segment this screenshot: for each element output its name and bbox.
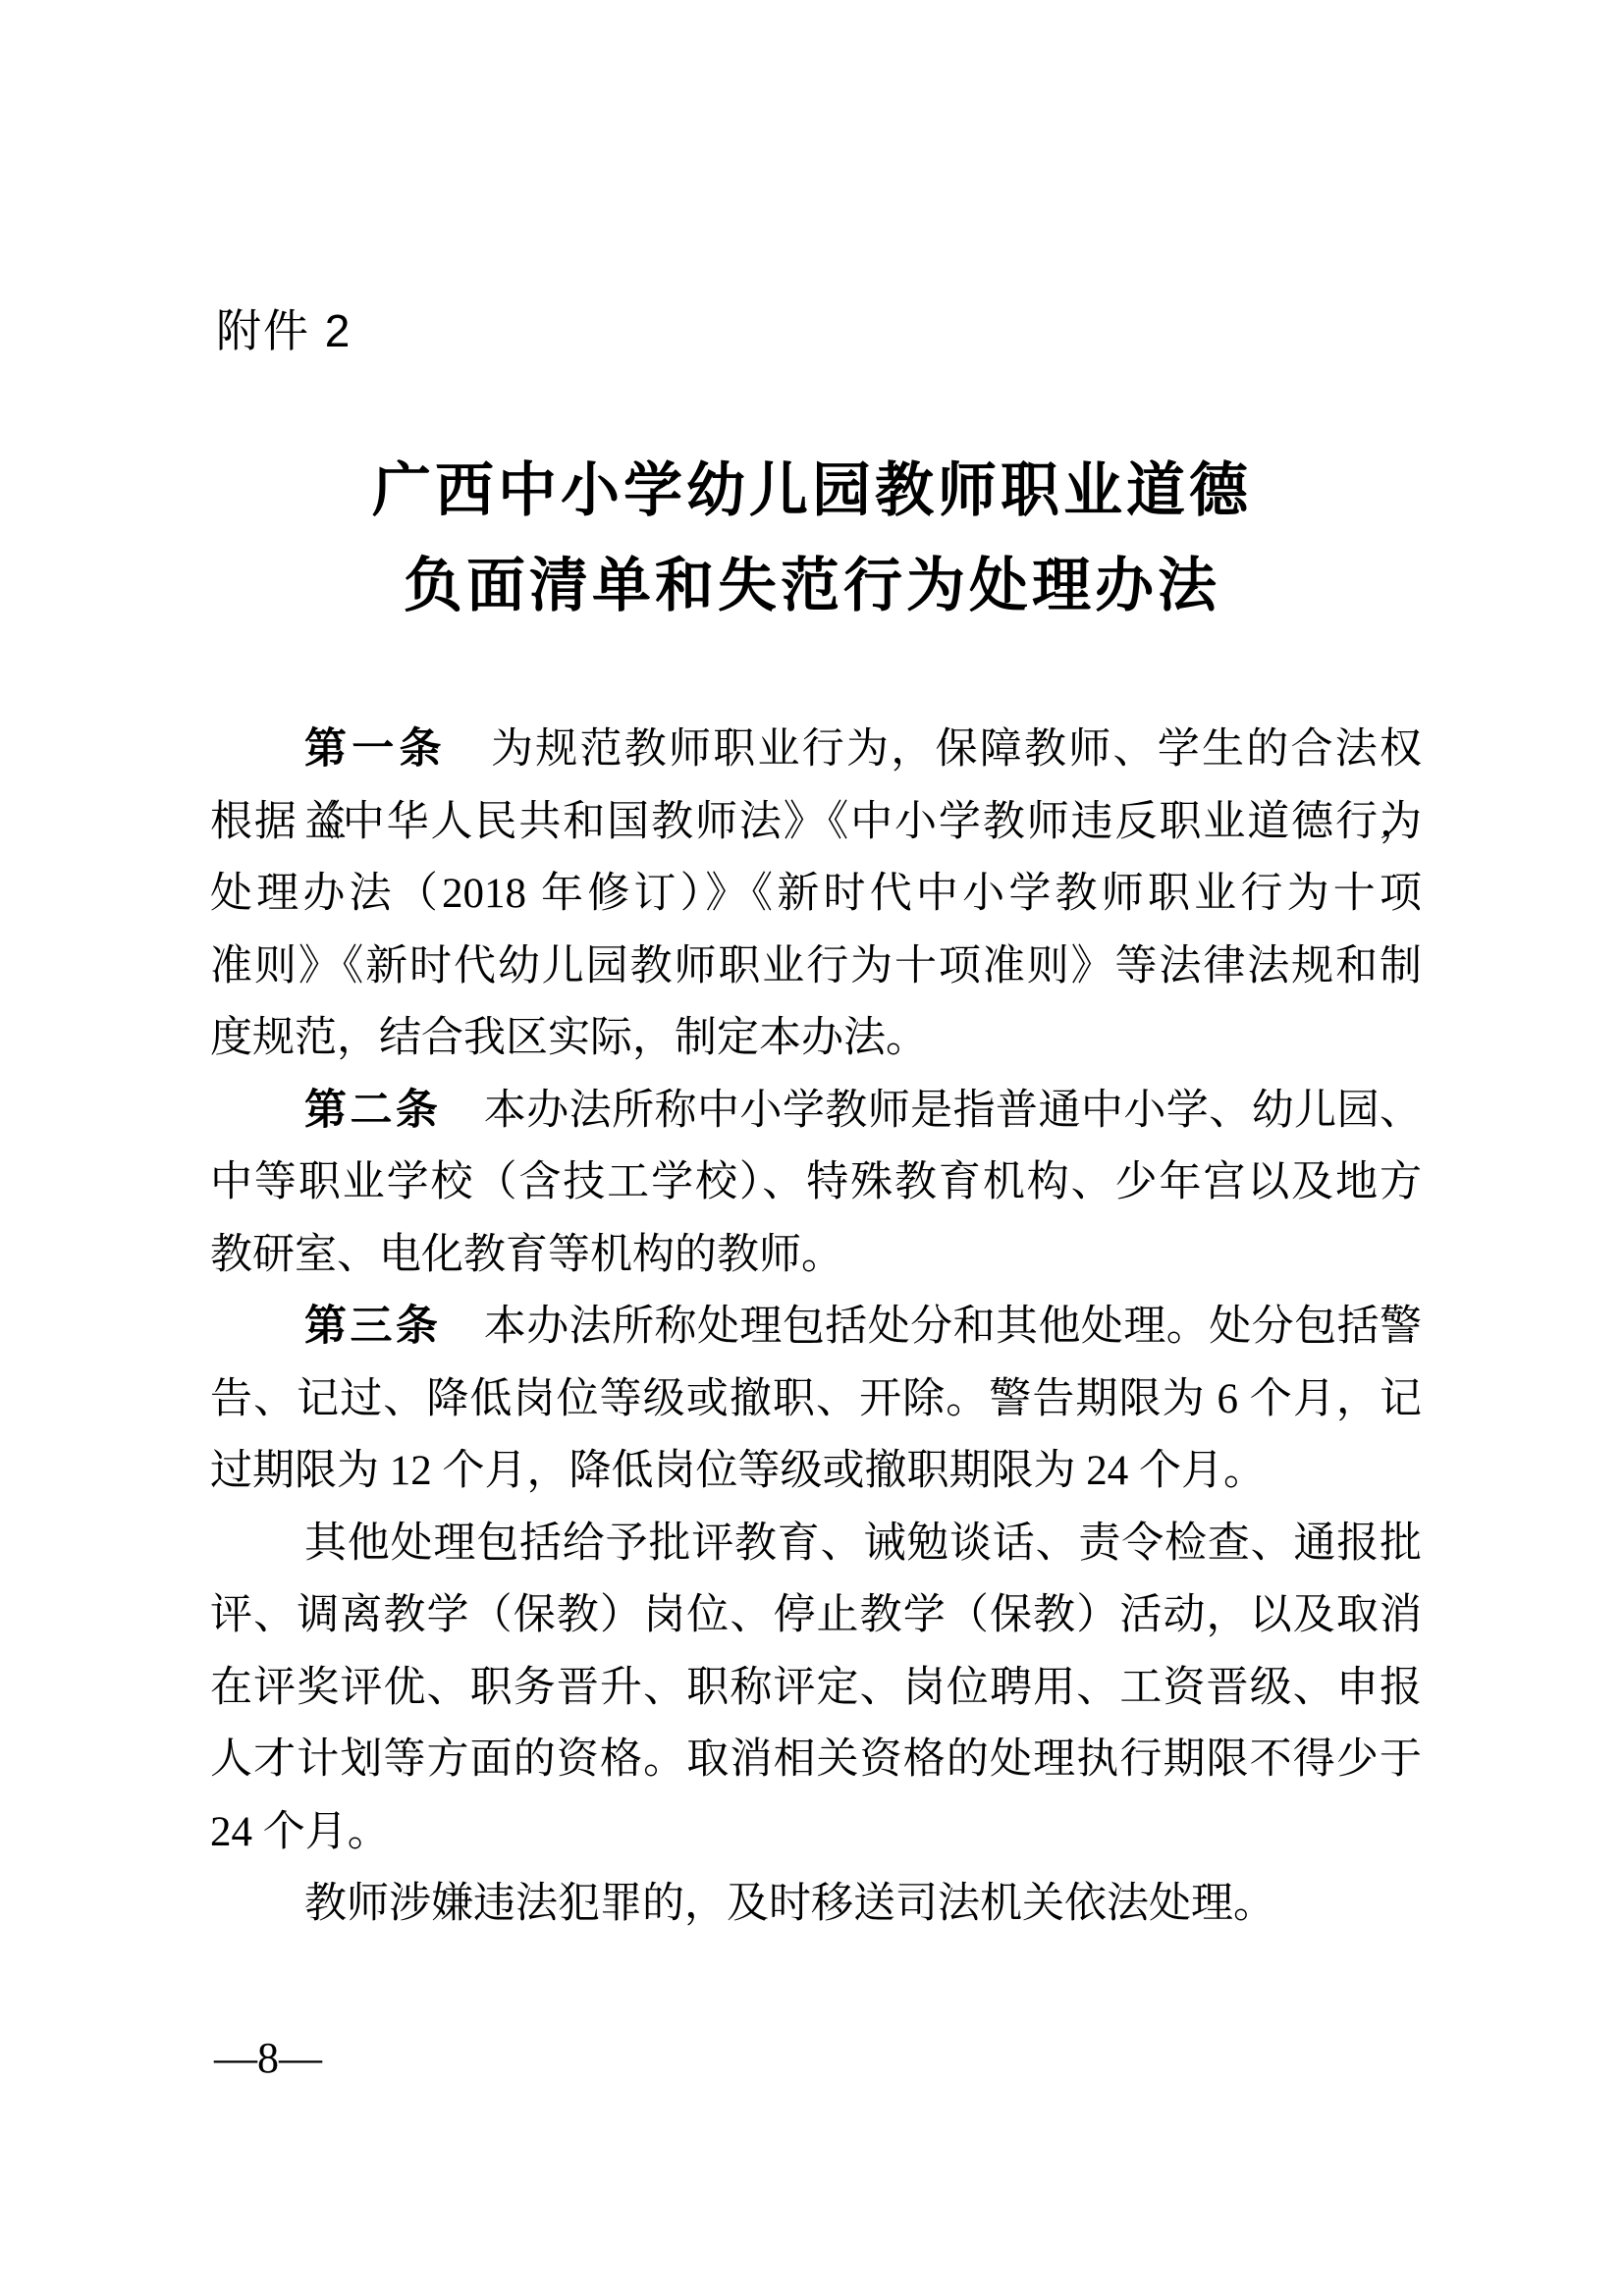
page-number: —8—: [214, 2034, 322, 2083]
body-line-text: 教师涉嫌违法犯罪的，及时移送司法机关依法处理。: [304, 1881, 1275, 1927]
body-line: 第二条 本办法所称中小学教师是指普通中小学、幼儿园、: [210, 1075, 1422, 1148]
body-line-text: 24 个月。: [210, 1809, 390, 1855]
body-line-text: 评、调离教学（保教）岗位、停止教学（保教）活动，以及取消: [210, 1592, 1422, 1638]
attachment-label: 附件 2: [216, 304, 352, 357]
body-line: 在评奖评优、职务晋升、职称评定、岗位聘用、工资晋级、申报: [210, 1652, 1422, 1725]
body-line-text: 根据《中华人民共和国教师法》《中小学教师违反职业道德行为: [210, 799, 1422, 845]
document-page: 附件 2 广西中小学幼儿园教师职业道德 负面清单和失范行为处理办法 第一条 为规…: [0, 0, 1624, 2296]
body-line-text: 度规范，结合我区实际，制定本办法。: [210, 1015, 928, 1061]
document-body: 第一条 为规范教师职业行为，保障教师、学生的合法权益，根据《中华人民共和国教师法…: [210, 714, 1422, 1941]
body-line-text: 人才计划等方面的资格。取消相关资格的处理执行期限不得少于: [210, 1736, 1422, 1783]
document-title: 广西中小学幼儿园教师职业道德 负面清单和失范行为处理办法: [0, 444, 1624, 634]
body-line-text: 本办法所称中小学教师是指普通中小学、幼儿园、: [441, 1088, 1422, 1134]
body-line-text: 教研室、电化教育等机构的教师。: [210, 1232, 843, 1278]
body-line: 中等职业学校（含技工学校）、特殊教育机构、少年宫以及地方: [210, 1147, 1422, 1219]
body-line-text: 其他处理包括给予批评教育、诫勉谈话、责令检查、通报批: [304, 1521, 1422, 1567]
body-line: 准则》《新时代幼儿园教师职业行为十项准则》等法律法规和制: [210, 931, 1422, 1003]
body-line: 过期限为 12 个月，降低岗位等级或撤职期限为 24 个月。: [210, 1435, 1422, 1508]
body-line-text: 中等职业学校（含技工学校）、特殊教育机构、少年宫以及地方: [210, 1159, 1422, 1205]
body-line: 24 个月。: [210, 1796, 1422, 1869]
body-line: 度规范，结合我区实际，制定本办法。: [210, 1002, 1422, 1075]
body-line-text: 准则》《新时代幼儿园教师职业行为十项准则》等法律法规和制: [210, 943, 1422, 989]
body-line: 评、调离教学（保教）岗位、停止教学（保教）活动，以及取消: [210, 1579, 1422, 1652]
document-title-line1: 广西中小学幼儿园教师职业道德: [0, 444, 1624, 539]
body-line: 根据《中华人民共和国教师法》《中小学教师违反职业道德行为: [210, 786, 1422, 859]
body-line-text: 告、记过、降低岗位等级或撤职、开除。警告期限为 6 个月，记: [210, 1376, 1422, 1422]
document-title-line2: 负面清单和失范行为处理办法: [0, 539, 1624, 634]
article-number: 第三条: [304, 1303, 441, 1350]
body-line-text: 处理办法（2018 年修订）》《新时代中小学教师职业行为十项: [210, 871, 1422, 917]
body-line: 处理办法（2018 年修订）》《新时代中小学教师职业行为十项: [210, 858, 1422, 931]
body-line: 其他处理包括给予批评教育、诫勉谈话、责令检查、通报批: [210, 1508, 1422, 1580]
body-line-text: 过期限为 12 个月，降低岗位等级或撤职期限为 24 个月。: [210, 1448, 1266, 1494]
body-line: 第一条 为规范教师职业行为，保障教师、学生的合法权益，: [210, 714, 1422, 786]
body-line: 教研室、电化教育等机构的教师。: [210, 1219, 1422, 1292]
article-number: 第一条: [304, 725, 447, 773]
article-number: 第二条: [304, 1087, 441, 1134]
body-line: 告、记过、降低岗位等级或撤职、开除。警告期限为 6 个月，记: [210, 1363, 1422, 1436]
body-line-text: 本办法所称处理包括处分和其他处理。处分包括警: [441, 1304, 1422, 1350]
body-line: 人才计划等方面的资格。取消相关资格的处理执行期限不得少于: [210, 1724, 1422, 1796]
body-line: 第三条 本办法所称处理包括处分和其他处理。处分包括警: [210, 1291, 1422, 1363]
body-line-text: 在评奖评优、职务晋升、职称评定、岗位聘用、工资晋级、申报: [210, 1665, 1422, 1711]
body-line: 教师涉嫌违法犯罪的，及时移送司法机关依法处理。: [210, 1868, 1422, 1941]
